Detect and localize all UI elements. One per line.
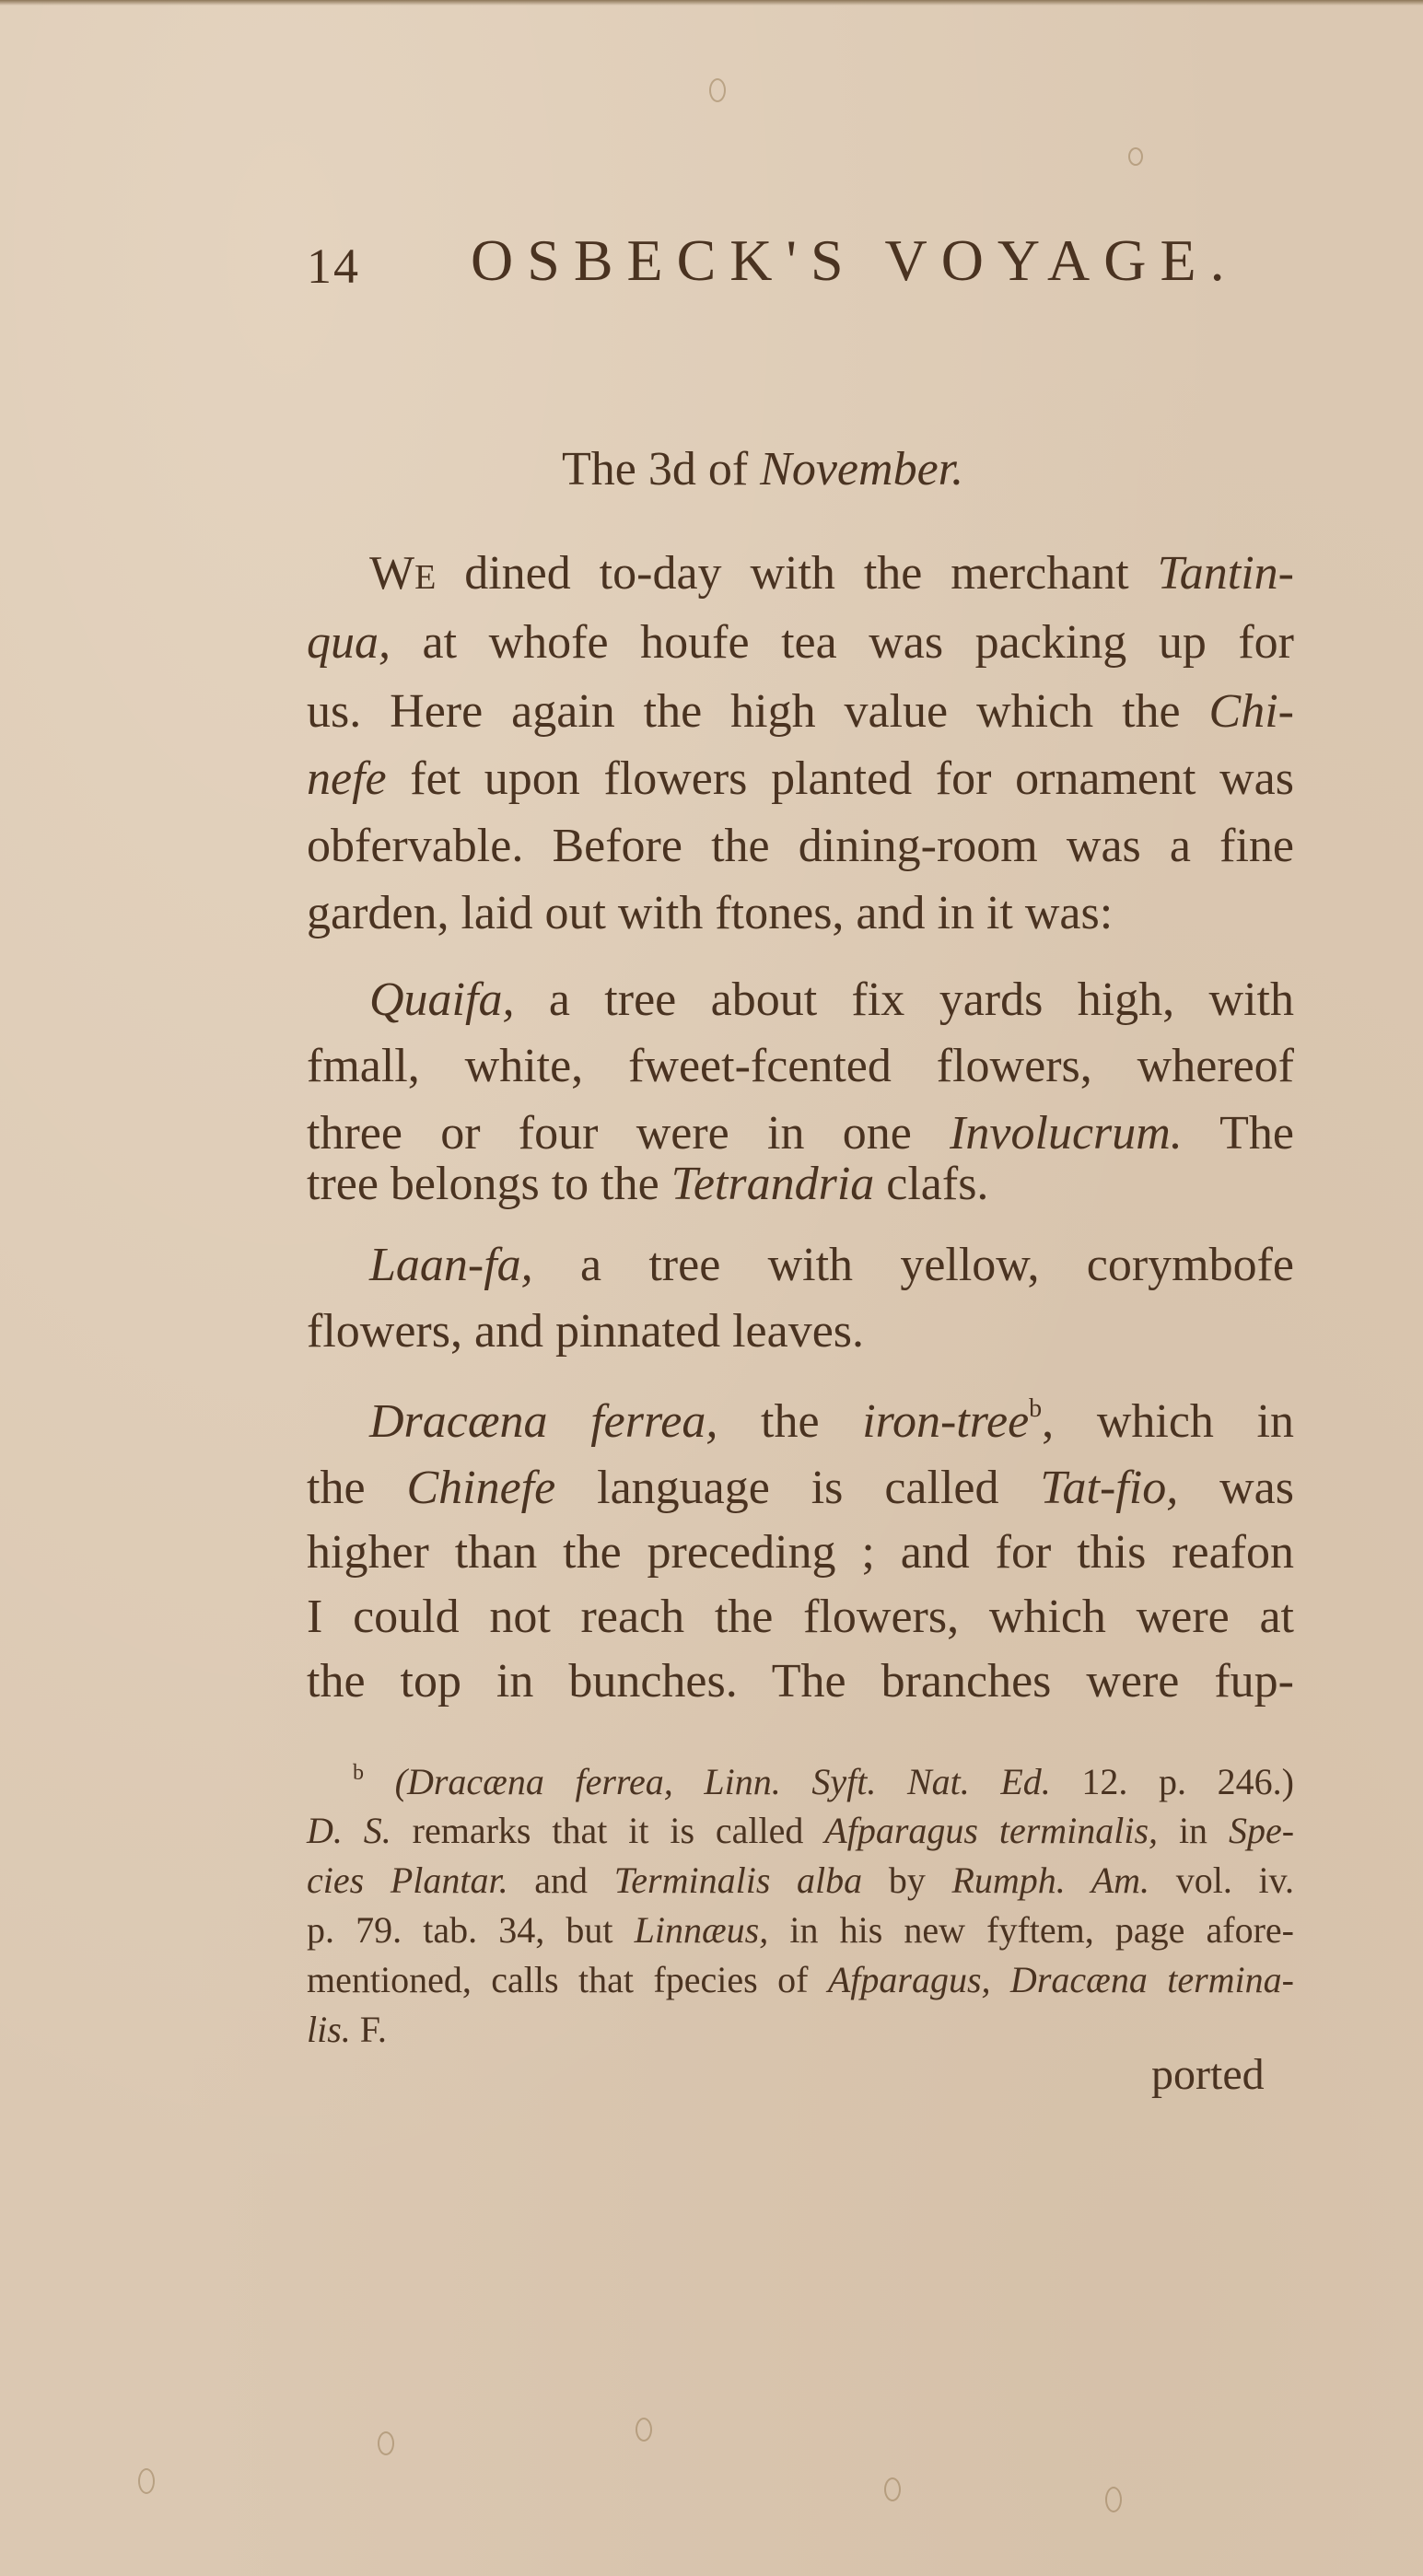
- footnote-line: D. S. remarks that it is called Afparagu…: [307, 1813, 1294, 1849]
- text-line: I could not reach the flowers, which wer…: [307, 1593, 1294, 1641]
- text-line: nefe fet upon flowers planted for orname…: [307, 755, 1294, 803]
- paper-spot: [709, 78, 726, 102]
- page-top-edge: [0, 0, 1423, 6]
- section-heading: The 3d of November.: [562, 442, 963, 496]
- paper-spot: [138, 2468, 155, 2494]
- footnote-line: cies Plantar. and Terminalis alba by Rum…: [307, 1862, 1294, 1899]
- section-heading-prefix: The 3d of: [562, 443, 760, 495]
- book-page: 14 OSBECK'S VOYAGE. The 3d of November. …: [0, 0, 1423, 2576]
- text-line: the Chinefe language is called Tat-fio, …: [307, 1464, 1294, 1512]
- text-line: Quaifa, a tree about fix yards high, wit…: [369, 976, 1294, 1024]
- text-line: garden, laid out with ftones, and in it …: [307, 890, 1294, 938]
- text-line: obfervable. Before the dining-room was a…: [307, 822, 1294, 870]
- footnote-marker: b: [353, 1761, 364, 1785]
- text-line: WE dined to-day with the merchant Tantin…: [369, 550, 1294, 598]
- text-line: Laan-fa, a tree with yellow, corymbofe: [369, 1241, 1294, 1289]
- page-number: 14: [307, 238, 360, 295]
- text-line: the top in bunches. The branches were fu…: [307, 1658, 1294, 1706]
- text-line: flowers, and pinnated leaves.: [307, 1308, 1294, 1356]
- text-line: fmall, white, fweet-fcented flowers, whe…: [307, 1043, 1294, 1090]
- catchword: ported: [1151, 2049, 1265, 2100]
- text-line: higher than the preceding ; and for this…: [307, 1529, 1294, 1577]
- footnote-line: p. 79. tab. 34, but Linnæus, in his new …: [307, 1912, 1294, 1949]
- text-line: tree belongs to the Tetrandria clafs.: [307, 1160, 1294, 1208]
- paper-spot: [378, 2431, 394, 2455]
- running-head: 14 OSBECK'S VOYAGE.: [307, 219, 1329, 302]
- text-line: Dracæna ferrea, the iron-treeb, which in: [369, 1398, 1294, 1446]
- footnote-reference: b: [1029, 1394, 1042, 1423]
- paper-spot: [636, 2418, 652, 2442]
- text-line: qua, at whofe houfe tea was packing up f…: [307, 619, 1294, 667]
- footnote-line: lis. F.: [307, 2011, 1294, 2048]
- book-title: OSBECK'S VOYAGE.: [471, 227, 1239, 295]
- text-line: three or four were in one Involucrum. Th…: [307, 1110, 1294, 1158]
- section-heading-month: November.: [760, 443, 963, 495]
- paper-spot: [1105, 2487, 1122, 2512]
- paper-spot: [1128, 147, 1143, 166]
- footnote-line: b (Dracæna ferrea, Linn. Syft. Nat. Ed. …: [353, 1764, 1294, 1801]
- footnote-line: mentioned, calls that fpecies of Afparag…: [307, 1962, 1294, 1999]
- paper-spot: [884, 2477, 901, 2501]
- text-line: us. Here again the high value which the …: [307, 688, 1294, 736]
